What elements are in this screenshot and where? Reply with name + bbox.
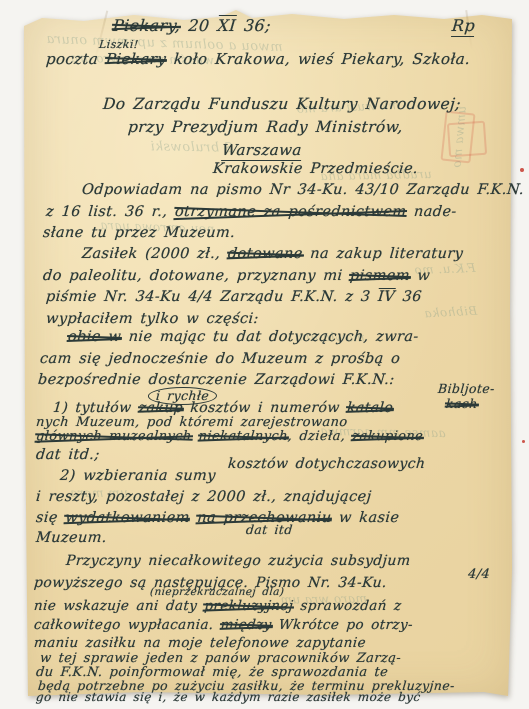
handwritten-text: przy Prezydjum Rady Ministrów, bbox=[127, 118, 403, 136]
handwritten-line: bezpośrednie dostarczenie Zarządowi F.K.… bbox=[37, 372, 395, 388]
handwritten-line: do paleolitu, dotowane, przyznany mi pis… bbox=[42, 268, 431, 284]
handwritten-text: kosztów dotychczasowych bbox=[227, 456, 426, 472]
handwritten-text: Wkrótce po otrzy- bbox=[271, 617, 414, 633]
handwritten-line: głównych muzealnych niekatalnych, dzieła… bbox=[35, 429, 423, 444]
handwritten-line: Zasiłek (2000 zł., dotowane na zakup lit… bbox=[81, 246, 464, 262]
handwritten-text: Krakowskie Przedmieście. bbox=[212, 161, 418, 177]
handwritten-text: z 16 list. 36 r., bbox=[45, 204, 175, 220]
handwritten-text: IV bbox=[377, 288, 395, 305]
handwritten-text: się bbox=[35, 510, 66, 526]
handwritten-text: do paleolitu, dotowane, przyznany mi bbox=[42, 268, 350, 284]
handwritten-text: 4/4 bbox=[467, 567, 490, 582]
handwritten-line: 4/4 bbox=[467, 567, 490, 582]
handwritten-text: koło Krakowa, wieś Piekary, Szkoła. bbox=[165, 50, 471, 68]
handwritten-text: nie mając tu dat dotyczących, zwra- bbox=[120, 329, 419, 345]
handwritten-line: cam się jednocześnie do Muzeum z prośbą … bbox=[39, 351, 401, 367]
handwritten-line: go nie stawia się i, że w każdym razie z… bbox=[35, 690, 421, 704]
handwritten-text: 36; bbox=[235, 16, 272, 35]
handwritten-line: kosztów dotychczasowych bbox=[227, 456, 426, 472]
handwritten-text: 20 bbox=[180, 16, 219, 35]
handwritten-text: dat itd.; bbox=[35, 447, 100, 463]
scanned-letter-page: mwou a oolnum z upomwm onurawnaśm uma mw… bbox=[0, 0, 529, 709]
handwritten-text: sprawozdań z bbox=[293, 598, 403, 614]
handwritten-text: 36 bbox=[394, 289, 422, 305]
handwritten-text: Bibljote- bbox=[437, 381, 495, 396]
handwritten-text: piśmie Nr. 34-Ku 4/4 Zarządu F.K.N. z 3 bbox=[45, 289, 378, 305]
handwritten-text: , dzieła, bbox=[287, 429, 353, 444]
struck-word: pismem bbox=[349, 268, 410, 284]
handwritten-line: nych Muzeum, pod któremi zarejestrowano bbox=[35, 415, 348, 430]
handwritten-line: 1) tytułów zakup kosztów i numerów katal… bbox=[52, 400, 394, 416]
handwritten-line: kach bbox=[445, 396, 478, 411]
handwritten-text: (nieprzekraczalnej dla) bbox=[149, 586, 284, 598]
handwritten-text: i reszty, pozostałej z 2000 zł., znajduj… bbox=[35, 489, 372, 505]
handwritten-line: obie w nie mając tu dat dotyczących, zwr… bbox=[67, 329, 419, 345]
struck-word: dotowane bbox=[227, 246, 303, 262]
handwritten-line: poczta Piekary koło Krakowa, wieś Piekar… bbox=[45, 50, 471, 68]
handwritten-text: cam się jednocześnie do Muzeum z prośbą … bbox=[39, 351, 401, 367]
handwritten-text: kosztów i numerów bbox=[182, 400, 347, 416]
handwritten-line: Przyczyny niecałkowitego zużycia subsydj… bbox=[65, 553, 411, 569]
handwritten-text: nie wskazuje ani daty bbox=[33, 598, 205, 614]
struck-word: głównych muzealnych bbox=[35, 429, 192, 444]
handwritten-line: Bibljote- bbox=[437, 381, 495, 396]
handwritten-line: Krakowskie Przedmieście. bbox=[212, 161, 418, 177]
handwritten-line: całkowitego wypłacania. między Wkrótce p… bbox=[33, 617, 413, 633]
struck-word: otrzymane za pośrednictwem bbox=[174, 204, 407, 220]
handwritten-line: wypłaciłem tylko w części: bbox=[45, 311, 259, 327]
handwritten-line: i reszty, pozostałej z 2000 zł., znajduj… bbox=[35, 489, 372, 505]
struck-word: niekatalnych bbox=[198, 429, 288, 444]
handwritten-text: poczta bbox=[45, 50, 107, 68]
handwritten-line: (nieprzekraczalnej dla) bbox=[149, 586, 284, 598]
struck-word: między bbox=[220, 617, 272, 633]
struck-word: zakupione bbox=[352, 429, 424, 444]
struck-word: katalo bbox=[346, 400, 394, 416]
handwritten-line: Rp bbox=[451, 16, 476, 35]
handwritten-text: w kasie bbox=[331, 510, 400, 526]
handwritten-text: nade- bbox=[406, 204, 458, 220]
handwritten-text: bezpośrednie dostarczenie Zarządowi F.K.… bbox=[37, 372, 395, 388]
handwritten-line: się wydatkowaniem na przechowaniu w kasi… bbox=[35, 510, 400, 526]
handwritten-line: nie wskazuje ani daty prekluzyjnej spraw… bbox=[33, 598, 402, 614]
handwritten-line: piśmie Nr. 34-Ku 4/4 Zarządu F.K.N. z 3 … bbox=[45, 289, 422, 305]
handwritten-text: w tej sprawie jeden z panów pracowników … bbox=[39, 651, 401, 666]
struck-word: zakup bbox=[138, 400, 184, 416]
handwritten-text: Muzeum. bbox=[35, 530, 107, 546]
handwritten-line: Piekary, 20 XI 36; bbox=[112, 16, 272, 35]
handwritten-line: w tej sprawie jeden z panów pracowników … bbox=[39, 651, 401, 666]
handwritten-text: wypłaciłem tylko w części: bbox=[45, 311, 259, 327]
handwritten-line: maniu zasiłku na moje telefonowe zapytan… bbox=[33, 635, 366, 651]
handwritten-text: słane tu przez Muzeum. bbox=[42, 225, 236, 241]
struck-word: obie w bbox=[67, 329, 122, 345]
handwritten-line: Odpowiadam na pismo Nr 34-Ku. 43/10 Zarz… bbox=[81, 182, 525, 198]
struck-word: Piekary bbox=[105, 50, 167, 68]
handwritten-text: XI bbox=[217, 15, 237, 35]
handwritten-text: Do Zarządu Funduszu Kultury Narodowej; bbox=[102, 95, 462, 113]
handwritten-text: w bbox=[409, 268, 431, 284]
handwritten-text: 1) tytułów bbox=[52, 400, 139, 416]
handwritten-text: na zakup literatury bbox=[302, 246, 464, 262]
handwritten-text: nych Muzeum, pod któremi zarejestrowano bbox=[35, 415, 348, 430]
handwritten-line: dat itd bbox=[245, 522, 293, 537]
handwritten-text: całkowitego wypłacania. bbox=[33, 617, 221, 633]
handwritten-line: dat itd.; bbox=[35, 447, 100, 463]
handwritten-text: maniu zasiłku na moje telefonowe zapytan… bbox=[33, 635, 366, 651]
handwritten-line: Warszawa bbox=[221, 141, 302, 159]
handwritten-line: Do Zarządu Funduszu Kultury Narodowej; bbox=[102, 95, 462, 113]
manuscript-text-layer: Piekary, 20 XI 36;RpLiszki!poczta Piekar… bbox=[0, 0, 529, 709]
handwritten-line: 2) wzbierania sumy bbox=[59, 468, 216, 484]
handwritten-text: 2) wzbierania sumy bbox=[59, 468, 216, 484]
struck-word: wydatkowaniem bbox=[65, 510, 191, 526]
handwritten-line: słane tu przez Muzeum. bbox=[42, 225, 236, 241]
handwritten-text: dat itd bbox=[245, 522, 293, 537]
handwritten-line: Muzeum. bbox=[35, 530, 107, 546]
struck-word: Piekary, bbox=[112, 16, 181, 35]
handwritten-text: Odpowiadam na pismo Nr 34-Ku. 43/10 Zarz… bbox=[81, 182, 525, 198]
handwritten-text: Warszawa bbox=[221, 141, 303, 161]
handwritten-text: Zasiłek (2000 zł., bbox=[81, 246, 228, 262]
struck-word: prekluzyjnej bbox=[204, 598, 294, 614]
handwritten-text: go nie stawia się i, że w każdym razie z… bbox=[35, 690, 421, 704]
handwritten-line: przy Prezydjum Rady Ministrów, bbox=[127, 118, 403, 136]
handwritten-line: z 16 list. 36 r., otrzymane za pośrednic… bbox=[45, 204, 457, 220]
struck-word: kach bbox=[445, 396, 478, 411]
handwritten-text: Rp bbox=[451, 16, 476, 37]
handwritten-text: Przyczyny niecałkowitego zużycia subsydj… bbox=[65, 553, 411, 569]
